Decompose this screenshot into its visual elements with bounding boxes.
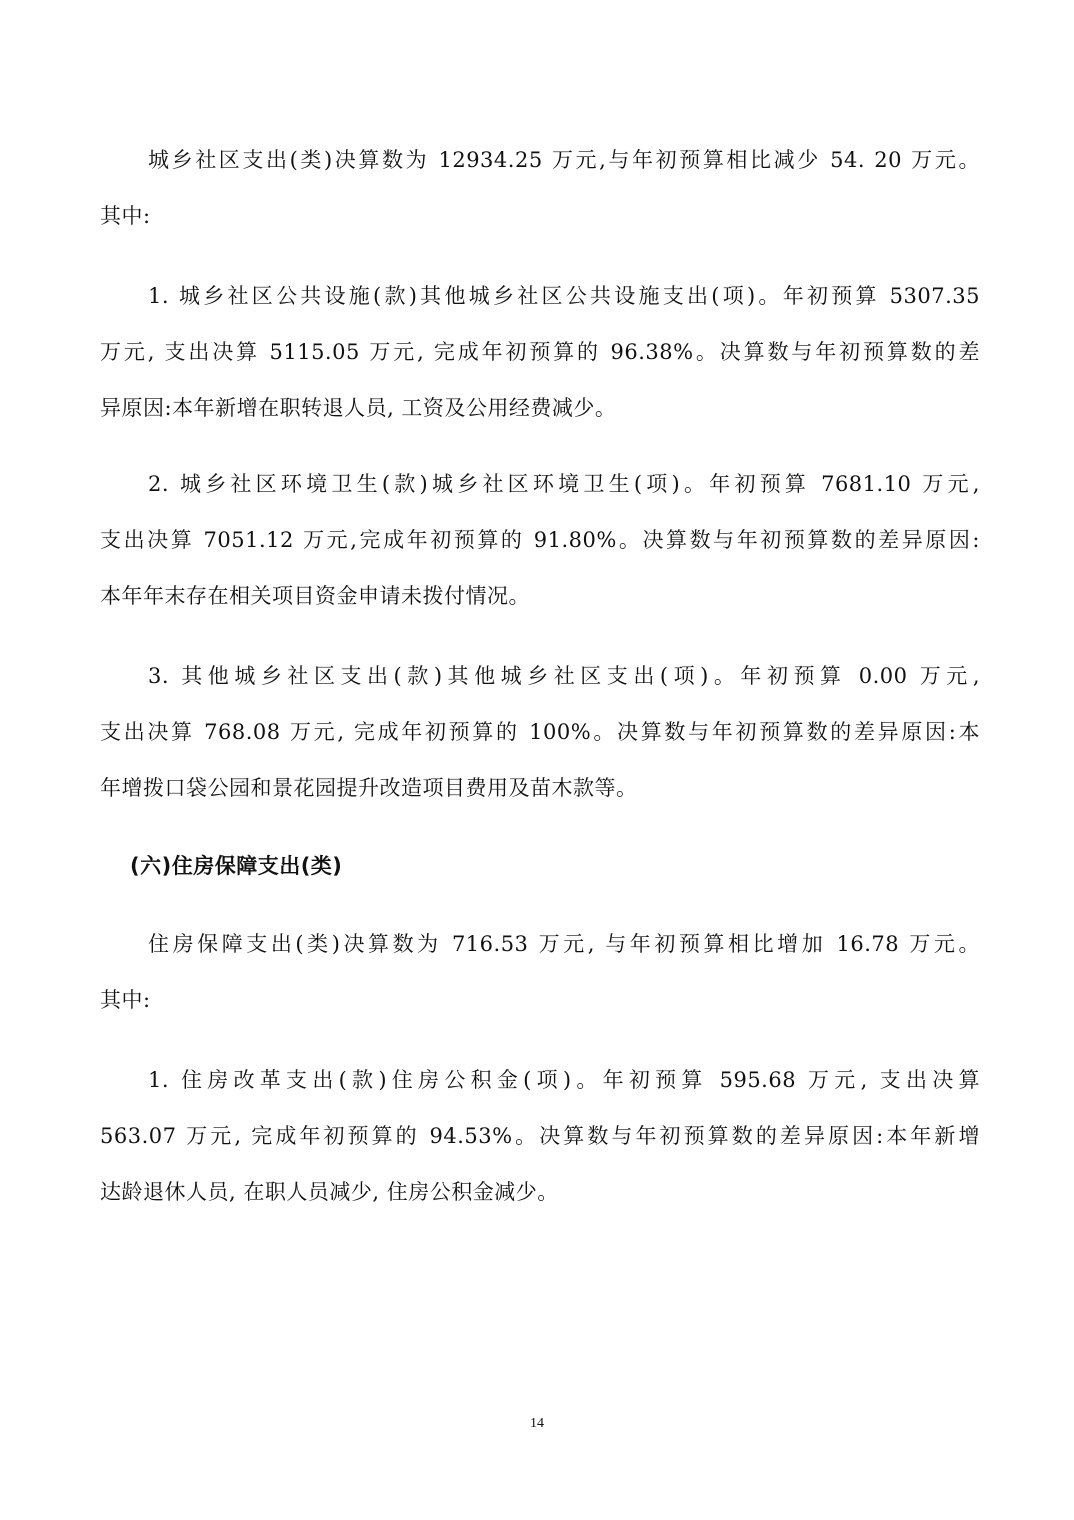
section6-item1-line2: 563.07 万元, 完成年初预算的 94.53%。决算数与年初预算数的差异原因… <box>100 1122 980 1150</box>
section5-summary-line2: 其中: <box>100 202 980 230</box>
section5-item2-line2: 支出决算 7051.12 万元,完成年初预算的 91.80%。决算数与年初预算数… <box>100 526 980 554</box>
section5-item3-line3: 年增拨口袋公园和景花园提升改造项目费用及苗木款等。 <box>100 774 980 802</box>
section5-item1-line2: 万元, 支出决算 5115.05 万元, 完成年初预算的 96.38%。决算数与… <box>100 338 980 366</box>
section5-item3-line1: 3. 其他城乡社区支出(款)其他城乡社区支出(项)。年初预算 0.00 万元, <box>148 662 980 690</box>
section6-summary-line1: 住房保障支出(类)决算数为 716.53 万元, 与年初预算相比增加 16.78… <box>148 930 980 958</box>
section5-summary-line1: 城乡社区支出(类)决算数为 12934.25 万元,与年初预算相比减少 54. … <box>148 146 980 174</box>
section5-item2-line3: 本年年末存在相关项目资金申请未拨付情况。 <box>100 582 980 610</box>
section5-item1-line3: 异原因:本年新增在职转退人员, 工资及公用经费减少。 <box>100 394 980 422</box>
section5-item2-line1: 2. 城乡社区环境卫生(款)城乡社区环境卫生(项)。年初预算 7681.10 万… <box>148 470 980 498</box>
page-number: 14 <box>0 1416 1074 1432</box>
section5-item3-line2: 支出决算 768.08 万元, 完成年初预算的 100%。决算数与年初预算数的差… <box>100 718 980 746</box>
section6-item1-line1: 1. 住房改革支出(款)住房公积金(项)。年初预算 595.68 万元, 支出决… <box>148 1066 980 1094</box>
section6-heading: (六)住房保障支出(类) <box>130 852 342 880</box>
document-page: 城乡社区支出(类)决算数为 12934.25 万元,与年初预算相比减少 54. … <box>0 0 1074 1520</box>
section6-item1-line3: 达龄退休人员, 在职人员减少, 住房公积金减少。 <box>100 1178 980 1206</box>
section6-summary-line2: 其中: <box>100 986 980 1014</box>
section5-item1-line1: 1. 城乡社区公共设施(款)其他城乡社区公共设施支出(项)。年初预算 5307.… <box>148 282 980 310</box>
